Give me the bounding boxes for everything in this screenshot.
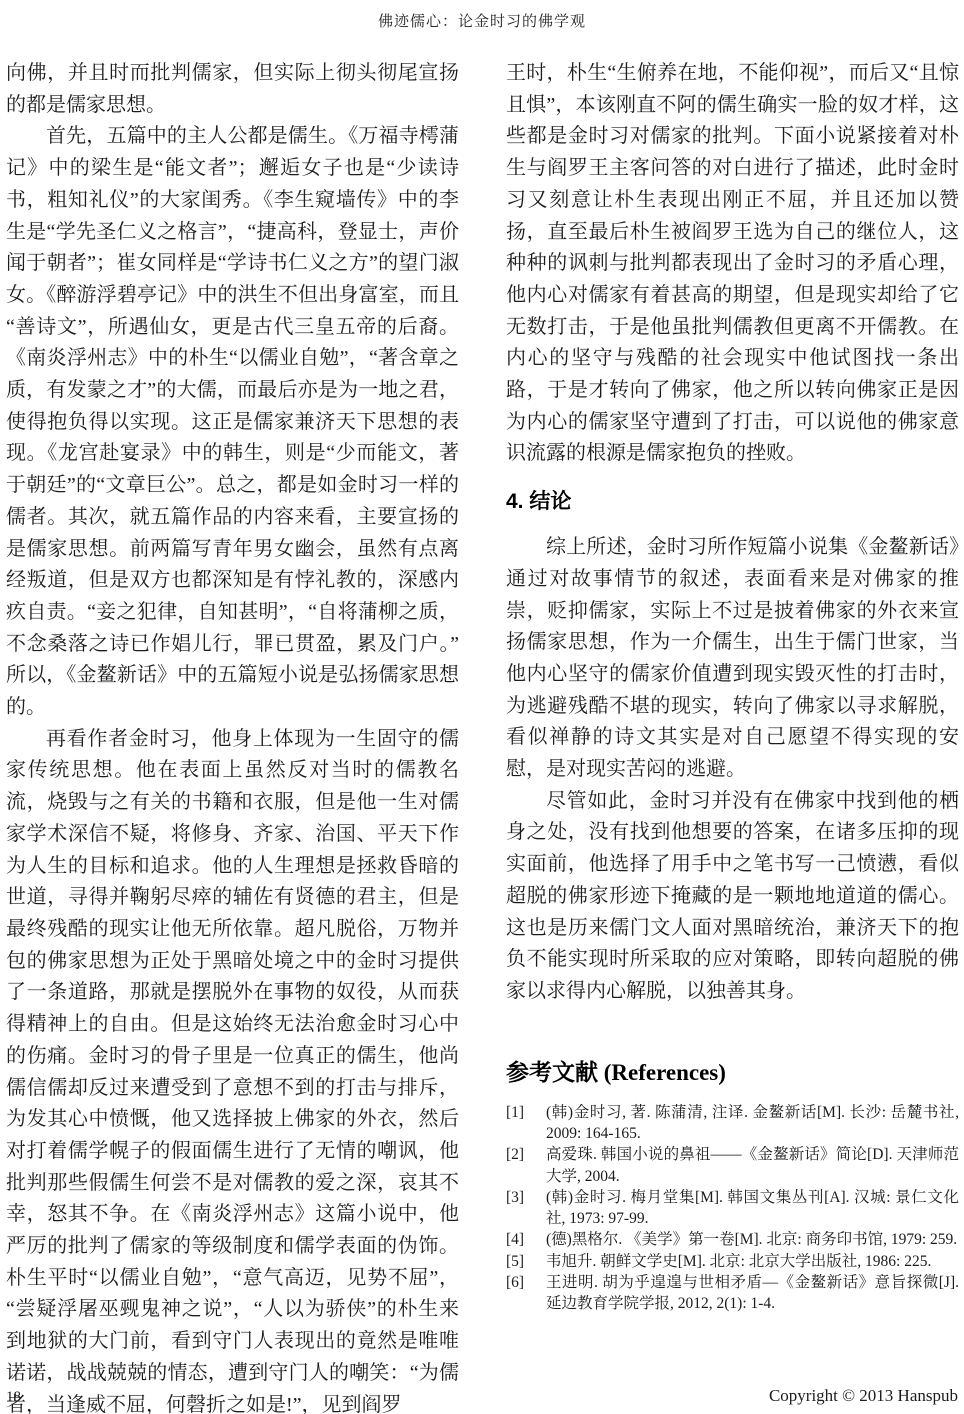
ref-text: (德)黑格尔. 《美学》第一卷[M]. 北京: 商务印书馆, 1979: 259… xyxy=(546,1229,959,1250)
paragraph-continuation: 向佛，并且时而批判儒家，但实际上彻头彻尾宣扬的都是儒家思想。 xyxy=(6,58,459,121)
copyright-notice: Copyright © 2013 Hanspub xyxy=(769,1386,958,1406)
paragraph: 再看作者金时习，他身上体现为一生固守的儒家传统思想。他在表面上虽然反对当时的儒教… xyxy=(6,724,459,1414)
two-column-body: 向佛，并且时而批判儒家，但实际上彻头彻尾宣扬的都是儒家思想。 首先，五篇中的主人… xyxy=(0,58,964,1414)
page-footer: 18 Copyright © 2013 Hanspub xyxy=(6,1386,958,1406)
ref-number: [5] xyxy=(506,1251,546,1272)
running-header: 佛迹儒心：论金时习的佛学观 xyxy=(0,0,964,31)
reference-item: [1] (韩)金时习, 著. 陈蒲清, 注译. 金鳌新话[M]. 长沙: 岳麓书… xyxy=(506,1102,959,1145)
paragraph-continuation: 王时，朴生“生俯养在地，不能仰视”，而后又“且惊且惧”，本该刚直不阿的儒生确实一… xyxy=(506,58,959,470)
references-heading-zh: 参考文献 xyxy=(506,1059,598,1085)
reference-item: [5] 韦旭升. 朝鲜文学史[M]. 北京: 北京大学出版社, 1986: 22… xyxy=(506,1251,959,1272)
reference-item: [4] (德)黑格尔. 《美学》第一卷[M]. 北京: 商务印书馆, 1979:… xyxy=(506,1229,959,1250)
ref-text: (韩)金时习, 著. 陈蒲清, 注译. 金鳌新话[M]. 长沙: 岳麓书社, 2… xyxy=(546,1102,959,1145)
references-heading-en: (References) xyxy=(598,1060,726,1085)
ref-text: (韩)金时习. 梅月堂集[M]. 韩国文集丛刊[A]. 汉城: 景仁文化社, 1… xyxy=(546,1187,959,1230)
ref-number: [1] xyxy=(506,1102,546,1123)
references-list: [1] (韩)金时习, 著. 陈蒲清, 注译. 金鳌新话[M]. 长沙: 岳麓书… xyxy=(506,1102,959,1315)
ref-text: 王进明. 胡为乎遑遑与世相矛盾—《金鳌新话》意旨探微[J]. 延边教育学院学报,… xyxy=(546,1272,959,1315)
references-heading: 参考文献 (References) xyxy=(506,1054,959,1087)
paragraph: 首先，五篇中的主人公都是儒生。《万福寺樗蒲记》中的梁生是“能文者”；邂逅女子也是… xyxy=(6,121,459,723)
ref-number: [2] xyxy=(506,1144,546,1165)
page-title: 佛迹儒心：论金时习的佛学观 xyxy=(378,14,586,30)
ref-number: [4] xyxy=(506,1229,546,1250)
reference-item: [3] (韩)金时习. 梅月堂集[M]. 韩国文集丛刊[A]. 汉城: 景仁文化… xyxy=(506,1187,959,1230)
document-page: 佛迹儒心：论金时习的佛学观 向佛，并且时而批判儒家，但实际上彻头彻尾宣扬的都是儒… xyxy=(0,0,964,1414)
ref-text: 韦旭升. 朝鲜文学史[M]. 北京: 北京大学出版社, 1986: 225. xyxy=(546,1251,959,1272)
ref-text: 高爱珠. 韩国小说的鼻祖——《金鳌新话》简论[D]. 天津师范大学, 2004. xyxy=(546,1144,959,1187)
ref-number: [3] xyxy=(506,1187,546,1208)
paragraph: 尽管如此，金时习并没有在佛家中找到他的栖身之处，没有找到他想要的答案，在诸多压抑… xyxy=(506,786,959,1008)
reference-item: [2] 高爱珠. 韩国小说的鼻祖——《金鳌新话》简论[D]. 天津师范大学, 2… xyxy=(506,1144,959,1187)
left-column: 向佛，并且时而批判儒家，但实际上彻头彻尾宣扬的都是儒家思想。 首先，五篇中的主人… xyxy=(6,58,459,1414)
right-column: 王时，朴生“生俯养在地，不能仰视”，而后又“且惊且惧”，本该刚直不阿的儒生确实一… xyxy=(506,58,959,1414)
ref-number: [6] xyxy=(506,1272,546,1293)
reference-item: [6] 王进明. 胡为乎遑遑与世相矛盾—《金鳌新话》意旨探微[J]. 延边教育学… xyxy=(506,1272,959,1315)
page-number: 18 xyxy=(6,1389,21,1406)
paragraph: 综上所述，金时习所作短篇小说集《金鳌新话》通过对故事情节的叙述，表面看来是对佛家… xyxy=(506,532,959,786)
section-heading-conclusion: 4. 结论 xyxy=(506,485,959,515)
